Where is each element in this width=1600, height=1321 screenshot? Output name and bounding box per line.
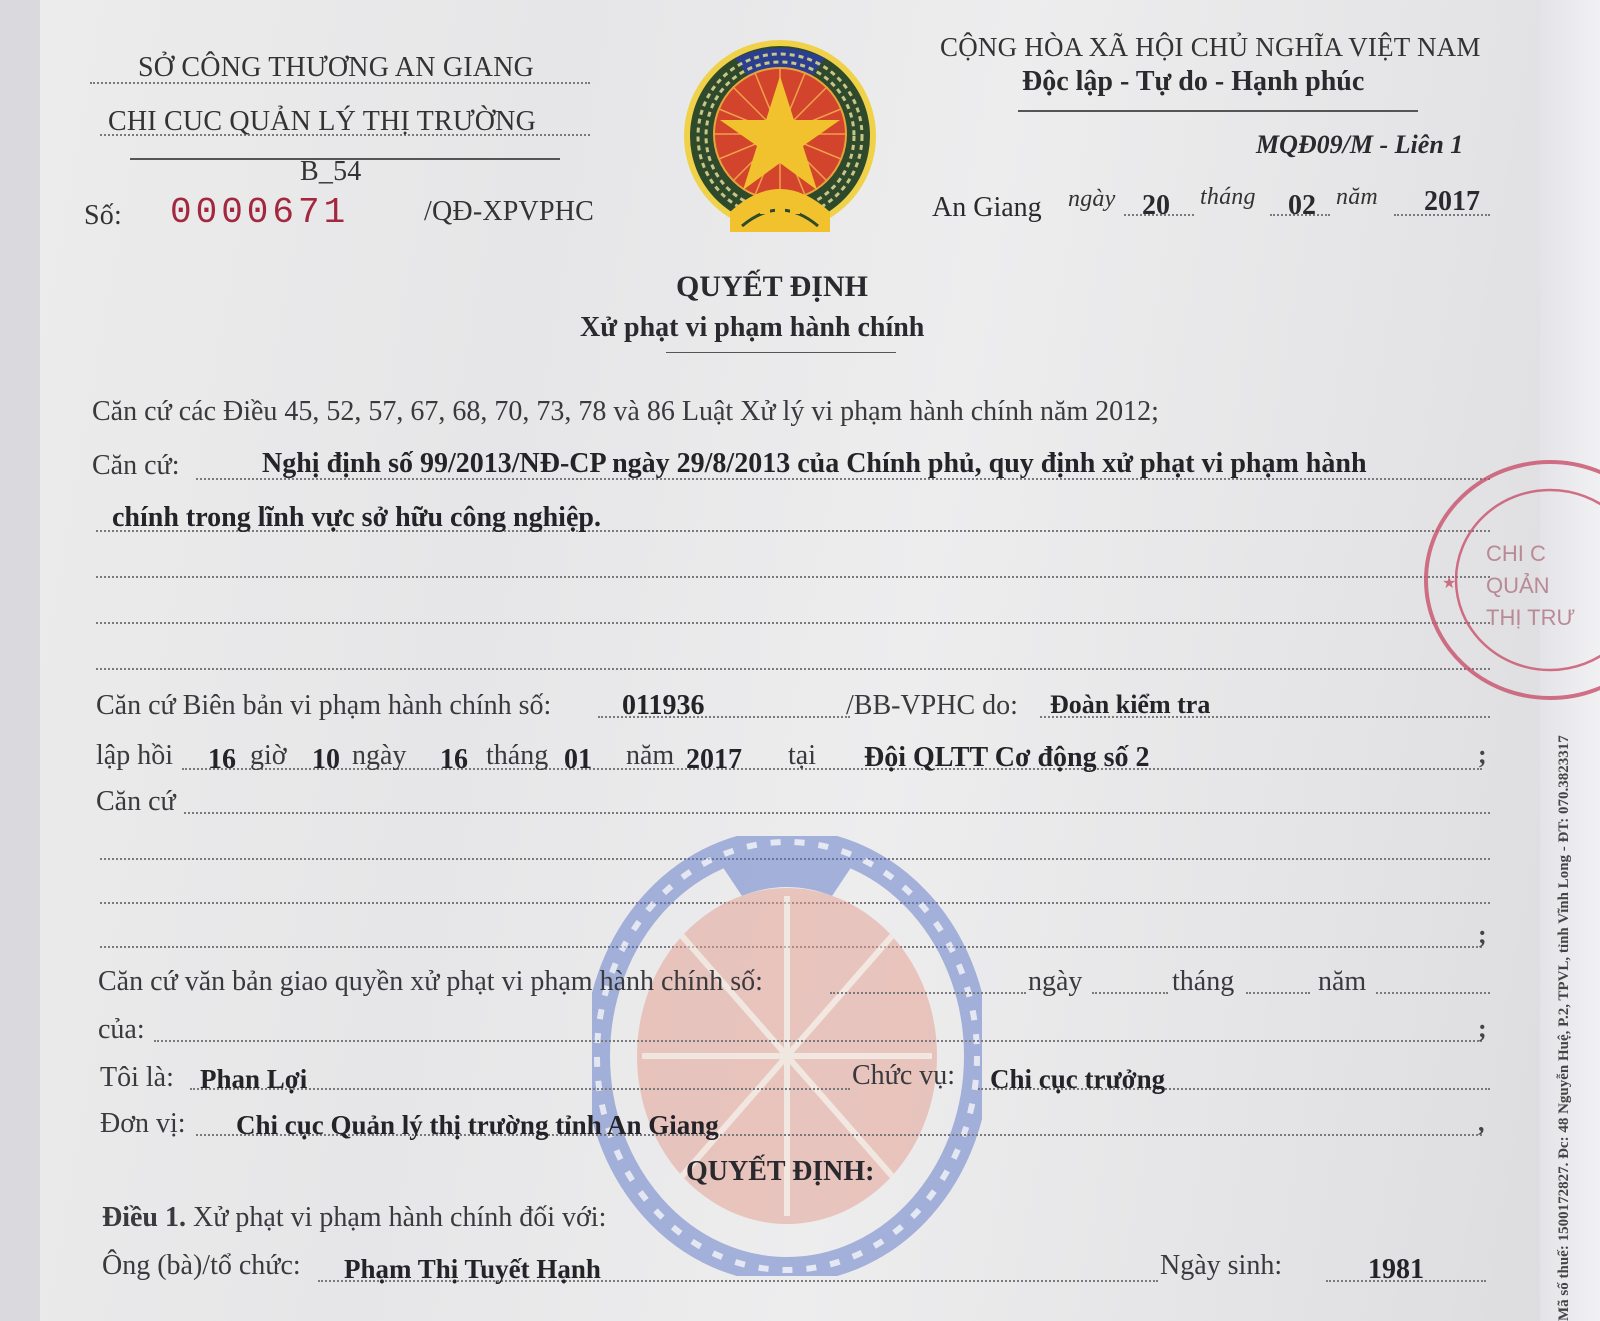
record-suffix: /BB-VPHC do: bbox=[846, 690, 1018, 722]
article-1-text: Xử phạt vi phạm hành chính đối với: bbox=[193, 1202, 606, 1233]
department-name: CHI CUC QUẢN LÝ THỊ TRƯỜNG bbox=[108, 106, 536, 138]
record-day: 16 bbox=[440, 744, 468, 776]
position-label: Chức vụ: bbox=[852, 1060, 955, 1092]
basis-decree-line1: Nghị định số 99/2013/NĐ-CP ngày 29/8/201… bbox=[262, 448, 1367, 480]
leader-line bbox=[1376, 992, 1490, 994]
blank-line bbox=[96, 576, 1490, 578]
issue-year: 2017 bbox=[1424, 186, 1480, 218]
stamp-line-2: QUẢN bbox=[1486, 570, 1575, 602]
printer-margin-text: Mã số thuế: 1500172827. Đc: 48 Nguyễn Hu… bbox=[1556, 735, 1573, 1321]
nation-name: CỘNG HÒA XÃ HỘI CHỦ NGHĨA VIỆT NAM bbox=[940, 32, 1481, 63]
delegation-day-label: ngày bbox=[1028, 966, 1082, 998]
person-label: Ông (bà)/tổ chức: bbox=[102, 1250, 301, 1282]
leader-line bbox=[184, 812, 1490, 814]
article-1: Điều 1. Xử phạt vi phạm hành chính đối v… bbox=[102, 1202, 606, 1234]
basis-decree-line2: chính trong lĩnh vực sở hữu công nghiệp. bbox=[112, 502, 601, 534]
record-hour: 16 bbox=[208, 744, 236, 776]
agency-name: SỞ CÔNG THƯƠNG AN GIANG bbox=[138, 52, 534, 84]
record-day-label: ngày bbox=[352, 740, 406, 772]
birth-year: 1981 bbox=[1368, 1254, 1424, 1286]
record-number: 011936 bbox=[622, 690, 704, 722]
record-month: 01 bbox=[564, 744, 592, 776]
blank-line bbox=[96, 668, 1490, 670]
birth-label: Ngày sinh: bbox=[1160, 1250, 1282, 1282]
blank-line bbox=[96, 622, 1490, 624]
stamp-line-1: CHI C bbox=[1486, 538, 1575, 570]
record-minute: 10 bbox=[312, 744, 340, 776]
issue-month-label: tháng bbox=[1200, 184, 1256, 211]
record-by: Đoàn kiểm tra bbox=[1050, 690, 1210, 720]
official-position: Chi cục trưởng bbox=[990, 1064, 1165, 1095]
svg-text:★: ★ bbox=[1442, 575, 1456, 592]
record-year-label: năm bbox=[626, 740, 674, 772]
number-suffix: /QĐ-XPVPHC bbox=[424, 196, 594, 228]
basis-law: Căn cứ các Điều 45, 52, 57, 67, 68, 70, … bbox=[92, 396, 1159, 428]
official-name: Phan Lợi bbox=[200, 1064, 307, 1095]
watermark-emblem-icon bbox=[592, 836, 982, 1276]
motto-rule bbox=[1018, 110, 1418, 112]
of-label: của: bbox=[98, 1014, 145, 1046]
leader-line bbox=[830, 992, 1026, 994]
issue-day: 20 bbox=[1142, 190, 1170, 222]
record-month-label: tháng bbox=[486, 740, 548, 772]
leader-line bbox=[1246, 992, 1310, 994]
number-label: Số: bbox=[84, 200, 122, 232]
delegation-label: Căn cứ văn bản giao quyền xử phạt vi phạ… bbox=[98, 966, 763, 998]
record-label: Căn cứ Biên bản vi phạm hành chính số: bbox=[96, 690, 551, 722]
issue-day-label: ngày bbox=[1068, 186, 1115, 213]
decision-number: 0000671 bbox=[170, 192, 349, 233]
at-place: Đội QLTT Cơ động số 2 bbox=[864, 742, 1150, 774]
national-motto: Độc lập - Tự do - Hạnh phúc bbox=[1022, 66, 1364, 98]
article-1-number: Điều 1. bbox=[102, 1202, 186, 1233]
form-code: MQĐ09/M - Liên 1 bbox=[1256, 130, 1463, 160]
stamp-text: CHI C QUẢN THỊ TRƯ bbox=[1486, 538, 1575, 634]
delegation-month-label: tháng bbox=[1172, 966, 1234, 998]
document-title: QUYẾT ĐỊNH bbox=[676, 270, 868, 304]
leader-line bbox=[1092, 992, 1168, 994]
basis-label: Căn cứ: bbox=[92, 450, 180, 482]
document-subtitle: Xử phạt vi phạm hành chính bbox=[580, 312, 924, 344]
issue-place: An Giang bbox=[932, 192, 1042, 224]
hour-label: giờ bbox=[250, 740, 287, 772]
i-am-label: Tôi là: bbox=[100, 1062, 174, 1094]
record-year: 2017 bbox=[686, 744, 742, 776]
made-at-label: lập hồi bbox=[96, 740, 173, 772]
official-stamp-icon: ★ CHI C QUẢN THỊ TRƯ bbox=[1420, 458, 1600, 708]
stamp-line-3: THỊ TRƯ bbox=[1486, 602, 1575, 634]
issue-year-label: năm bbox=[1336, 184, 1378, 211]
violator-name: Phạm Thị Tuyết Hạnh bbox=[344, 1254, 601, 1285]
delegation-year-label: năm bbox=[1318, 966, 1366, 998]
form-series-code: B_54 bbox=[300, 156, 361, 188]
national-emblem-icon bbox=[680, 36, 880, 242]
unit-label: Đơn vị: bbox=[100, 1108, 186, 1140]
official-unit: Chi cục Quản lý thị trường tỉnh An Giang bbox=[236, 1110, 719, 1141]
basis-other-label: Căn cứ bbox=[96, 786, 176, 818]
issue-month: 02 bbox=[1288, 190, 1316, 222]
leader-line bbox=[154, 1040, 1482, 1042]
title-rule bbox=[666, 352, 896, 353]
at-label: tại bbox=[788, 740, 816, 772]
decision-heading: QUYẾT ĐỊNH: bbox=[686, 1156, 875, 1188]
